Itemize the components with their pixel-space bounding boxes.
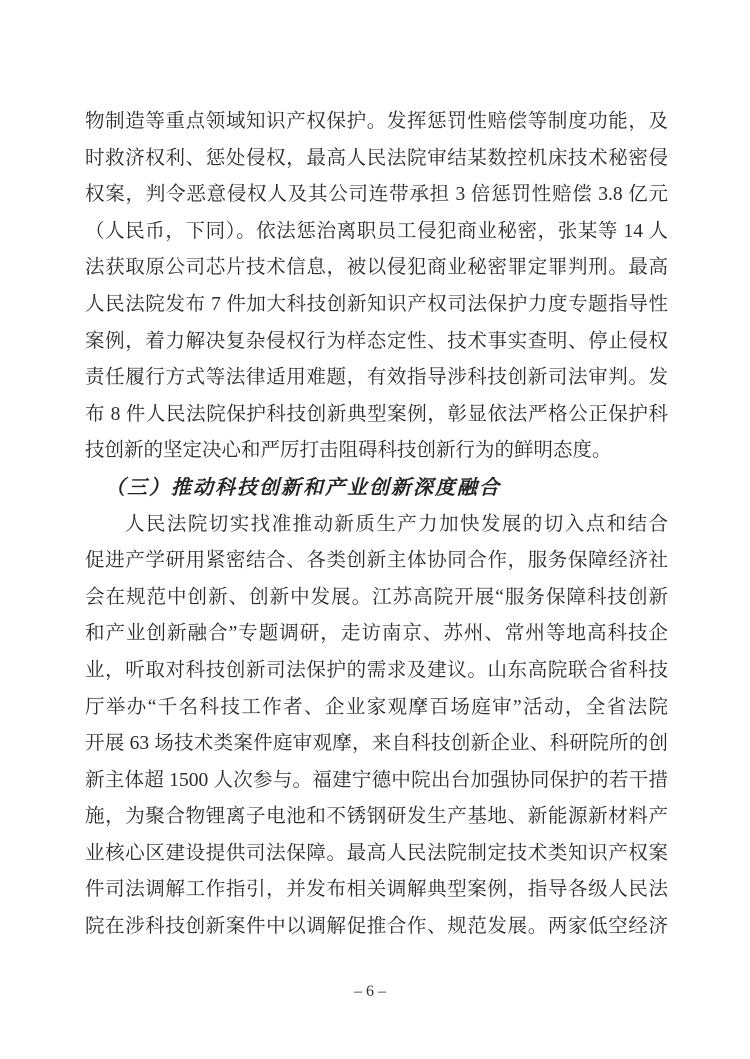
- text-line: 案例，着力解决复杂侵权行为样态定性、技术事实查明、停止侵权: [85, 324, 668, 361]
- text-line: 院在涉科技创新案件中以调解促推合作、规范发展。两家低空经济: [85, 909, 668, 946]
- text-line: 施，为聚合物锂离子电池和不锈钢研发生产基地、新能源新材料产: [85, 799, 668, 836]
- text-line: 责任履行方式等法律适用难题，有效指导涉科技创新司法审判。发: [85, 360, 668, 397]
- text-line: 和产业创新融合”专题调研，走访南京、苏州、常州等地高科技企: [85, 616, 668, 653]
- text-line: 布 8 件人民法院保护科技创新典型案例，彰显依法严格公正保护科: [85, 397, 668, 434]
- text-line: 开展 63 场技术类案件庭审观摩，来自科技创新企业、科研院所的创: [85, 726, 668, 763]
- text-line: 件司法调解工作指引，并发布相关调解典型案例，指导各级人民法: [85, 872, 668, 909]
- text-line: 人民法院发布 7 件加大科技创新知识产权司法保护力度专题指导性: [85, 287, 668, 324]
- section-heading: （三）推动科技创新和产业创新深度融合: [85, 470, 668, 507]
- text-line: 技创新的坚定决心和严厉打击阻碍科技创新行为的鲜明态度。: [85, 433, 668, 470]
- text-line: 法获取原公司芯片技术信息，被以侵犯商业秘密罪定罪判刑。最高: [85, 250, 668, 287]
- page-number: – 6 –: [354, 983, 386, 1000]
- text-line: （人民币，下同）。依法惩治离职员工侵犯商业秘密，张某等 14 人非: [85, 214, 668, 251]
- page-footer: – 6 –: [85, 980, 655, 1004]
- text-line: 厅举办“千名科技工作者、企业家观摩百场庭审”活动，全省法院: [85, 690, 668, 727]
- text-line: 促进产学研用紧密结合、各类创新主体协同合作，服务保障经济社: [85, 543, 668, 580]
- text-line: 权案，判令恶意侵权人及其公司连带承担 3 倍惩罚性赔偿 3.8 亿元: [85, 177, 668, 214]
- text-line: 新主体超 1500 人次参与。福建宁德中院出台加强协同保护的若干措: [85, 763, 668, 800]
- body-text: 物制造等重点领域知识产权保护。发挥惩罚性赔偿等制度功能，及 时救济权利、惩处侵权…: [85, 104, 668, 946]
- text-line: 时救济权利、惩处侵权，最高人民法院审结某数控机床技术秘密侵: [85, 141, 668, 178]
- text-line: 业，听取对科技创新司法保护的需求及建议。山东高院联合省科技: [85, 653, 668, 690]
- text-line: 物制造等重点领域知识产权保护。发挥惩罚性赔偿等制度功能，及: [85, 104, 668, 141]
- text-line: 业核心区建设提供司法保障。最高人民法院制定技术类知识产权案: [85, 836, 668, 873]
- text-line: 人民法院切实找准推动新质生产力加快发展的切入点和结合点，: [85, 507, 668, 544]
- text-line: 会在规范中创新、创新中发展。江苏高院开展“服务保障科技创新: [85, 580, 668, 617]
- document-page: 物制造等重点领域知识产权保护。发挥惩罚性赔偿等制度功能，及 时救济权利、惩处侵权…: [0, 0, 750, 1059]
